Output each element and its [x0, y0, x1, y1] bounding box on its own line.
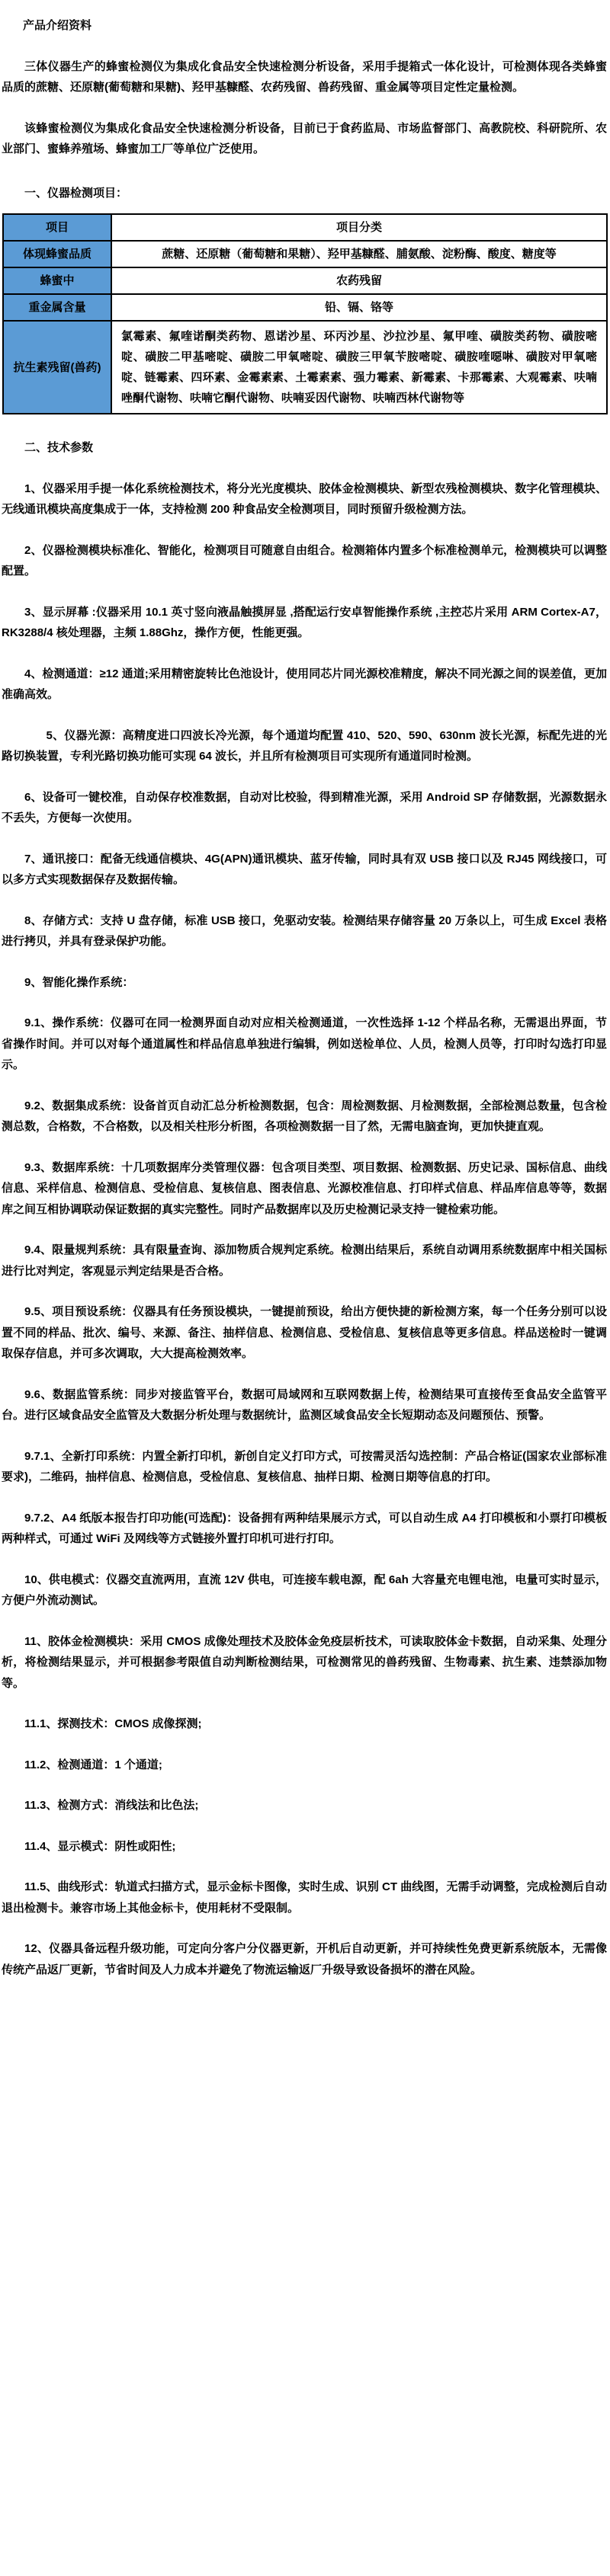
table-row: 重金属含量 铅、镉、铬等: [3, 294, 607, 321]
tech-item-9-3: 9.3、数据库系统：十几项数据库分类管理仪器：包含项目类型、项目数据、检测数据、…: [2, 1157, 607, 1221]
tech-item-9: 9、智能化操作系统：: [2, 972, 607, 994]
tech-item-3: 3、显示屏幕 :仪器采用 10.1 英寸竖向液晶触摸屏显 ,搭配运行安卓智能操作…: [2, 602, 607, 644]
tech-item-9-4: 9.4、限量规判系统：具有限量查询、添加物质合规判定系统。检测出结果后，系统自动…: [2, 1240, 607, 1282]
row-value-heavy-metal: 铅、镉、铬等: [111, 294, 607, 321]
tech-item-7: 7、通讯接口：配备无线通信模块、4G(APN)通讯模块、蓝牙传输，同时具有双 U…: [2, 849, 607, 891]
tech-item-11-4: 11.4、显示模式：阴性或阳性;: [2, 1836, 607, 1858]
tech-item-9-7-2: 9.7.2、A4 纸版本报告打印功能(可选配)：设备拥有两种结果展示方式，可以自…: [2, 1508, 607, 1550]
tech-item-6: 6、设备可一键校准，自动保存校准数据，自动对比校验，得到精准光源，采用 Andr…: [2, 787, 607, 829]
table-header-category: 项目分类: [111, 214, 607, 241]
tech-item-11-3: 11.3、检测方式：消线法和比色法;: [2, 1795, 607, 1816]
section2-heading: 二、技术参数: [2, 437, 607, 459]
tech-item-1: 1、仪器采用手提一体化系统检测技术，将分光光度模块、胶体金检测模块、新型农残检测…: [2, 478, 607, 520]
intro-paragraph-2: 该蜂蜜检测仪为集成化食品安全快速检测分析设备，目前已于食药监局、市场监督部门、高…: [2, 118, 607, 160]
tech-item-9-7-1: 9.7.1、全新打印系统：内置全新打印机，新创自定义打印方式，可按需灵活勾选控制…: [2, 1446, 607, 1488]
tech-item-8: 8、存储方式：支持 U 盘存储，标准 USB 接口，免驱动安装。检测结果存储容量…: [2, 910, 607, 952]
tech-item-4: 4、检测通道：≥12 通道;采用精密旋转比色池设计，使用同芯片同光源校准精度，解…: [2, 664, 607, 706]
tech-item-10: 10、供电模式：仪器交直流两用，直流 12V 供电，可连接车载电源，配 6ah …: [2, 1570, 607, 1611]
tech-item-2: 2、仪器检测模块标准化、智能化，检测项目可随意自由组合。检测箱体内置多个标准检测…: [2, 540, 607, 582]
tech-item-12: 12、仪器具备远程升级功能，可定向分客户分仪器更新，开机后自动更新，并可持续性免…: [2, 1938, 607, 1980]
page-title: 产品介绍资料: [0, 15, 610, 37]
intro-paragraph-1: 三体仪器生产的蜂蜜检测仪为集成化食品安全快速检测分析设备，采用手提箱式一体化设计…: [2, 56, 607, 98]
table-header-row: 项目 项目分类: [3, 214, 607, 241]
bottom-whitespace: [0, 1980, 610, 2437]
tech-item-9-6: 9.6、数据监管系统：同步对接监管平台，数据可局域网和互联网数据上传，检测结果可…: [2, 1384, 607, 1426]
tech-item-11-2: 11.2、检测通道：1 个通道;: [2, 1755, 607, 1776]
table-row: 抗生素残留(兽药) 氯霉素、氟喹诺酮类药物、恩诺沙星、环丙沙星、沙拉沙星、氟甲喹…: [3, 321, 607, 414]
tech-item-9-1: 9.1、操作系统：仪器可在同一检测界面自动对应相关检测通道，一次性选择 1-12…: [2, 1013, 607, 1076]
row-label-antibiotic: 抗生素残留(兽药): [3, 321, 111, 414]
tech-item-11: 11、胶体金检测模块：采用 CMOS 成像处理技术及胶体金免疫层析技术，可读取胶…: [2, 1631, 607, 1694]
tech-item-11-1: 11.1、探测技术：CMOS 成像探测;: [2, 1714, 607, 1735]
row-value-antibiotic: 氯霉素、氟喹诺酮类药物、恩诺沙星、环丙沙星、沙拉沙星、氟甲喹、磺胺类药物、磺胺嘧…: [111, 321, 607, 414]
row-label-in-honey: 蜂蜜中: [3, 267, 111, 294]
table-row: 蜂蜜中 农药残留: [3, 267, 607, 294]
section1-heading: 一、仪器检测项目：: [2, 183, 607, 204]
table-row: 体现蜂蜜品质 蔗糖、还原糖（葡萄糖和果糖）、羟甲基糠醛、脯氨酸、淀粉酶、酸度、糖…: [3, 241, 607, 267]
tech-item-11-5: 11.5、曲线形式：轨道式扫描方式，显示金标卡图像，实时生成、识别 CT 曲线图…: [2, 1877, 607, 1918]
tech-item-5: 5、仪器光源：高精度进口四波长冷光源，每个通道均配置 410、520、590、6…: [2, 725, 607, 767]
row-label-heavy-metal: 重金属含量: [3, 294, 111, 321]
row-value-in-honey: 农药残留: [111, 267, 607, 294]
product-intro-document: 产品介绍资料 三体仪器生产的蜂蜜检测仪为集成化食品安全快速检测分析设备，采用手提…: [0, 0, 610, 2437]
row-label-honey-quality: 体现蜂蜜品质: [3, 241, 111, 267]
detection-items-table: 项目 项目分类 体现蜂蜜品质 蔗糖、还原糖（葡萄糖和果糖）、羟甲基糠醛、脯氨酸、…: [2, 213, 608, 414]
tech-item-9-5: 9.5、项目预设系统：仪器具有任务预设模块，一键提前预设，给出方便快捷的新检测方…: [2, 1301, 607, 1365]
tech-item-9-2: 9.2、数据集成系统：设备首页自动汇总分析检测数据，包含：周检测数据、月检测数据…: [2, 1096, 607, 1138]
row-value-honey-quality: 蔗糖、还原糖（葡萄糖和果糖）、羟甲基糠醛、脯氨酸、淀粉酶、酸度、糖度等: [111, 241, 607, 267]
table-header-project: 项目: [3, 214, 111, 241]
